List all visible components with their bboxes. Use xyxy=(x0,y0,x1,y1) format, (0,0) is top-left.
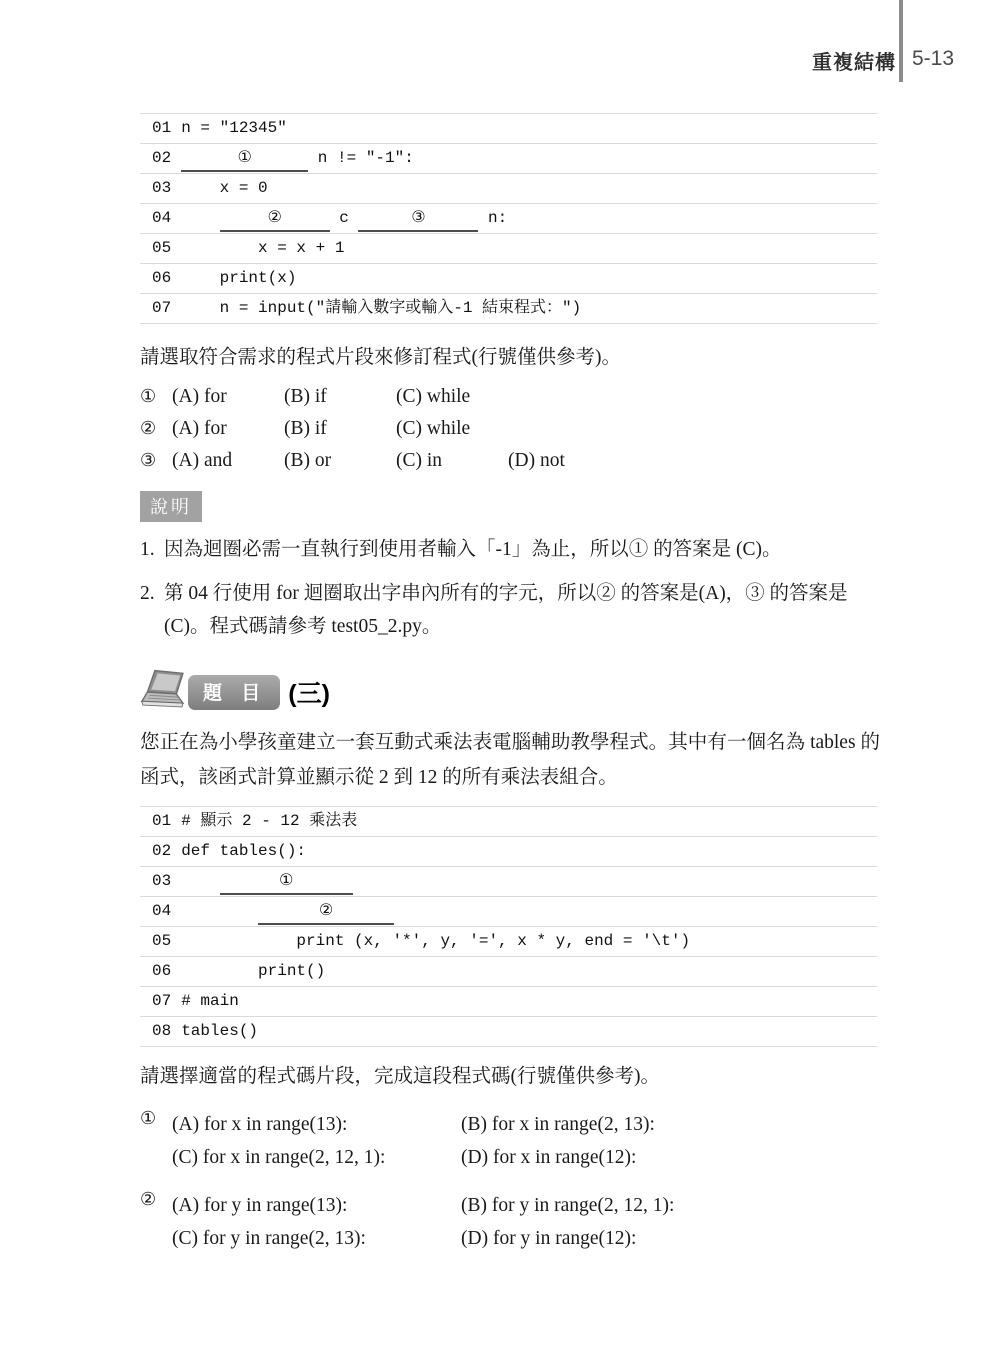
textbook-page: 重複結構 5-13 01n = "12345"02① n != "-1":03 … xyxy=(0,0,1000,1367)
code-text xyxy=(181,867,219,896)
code-text: print(x) xyxy=(181,264,296,293)
code-line: 05 print (x, '*', y, '=', x * y, end = '… xyxy=(140,927,877,957)
section-heading: 題 目 (三) xyxy=(140,668,880,716)
choice-marker: ① xyxy=(140,381,172,413)
line-number: 01 xyxy=(152,807,171,836)
choice-option: (B) if xyxy=(284,381,396,413)
choice-option: (C) for y in range(2, 13): xyxy=(172,1222,461,1255)
prompt-1: 請選取符合需求的程式片段來修訂程式(行號僅供參考)。 xyxy=(140,341,880,374)
choice-row: (A) for x in range(13):(B) for x in rang… xyxy=(172,1108,880,1141)
code-blank: ③ xyxy=(358,206,478,232)
choice-row: (C) for x in range(2, 12, 1):(D) for x i… xyxy=(172,1141,880,1174)
line-number: 07 xyxy=(152,987,171,1016)
choice-option: (B) for y in range(2, 12, 1): xyxy=(461,1195,674,1216)
topic-badge: 題 目 xyxy=(188,675,280,710)
chapter-title: 重複結構 xyxy=(812,46,896,75)
choice-row: ③(A) and(B) or(C) in(D) not xyxy=(140,445,880,477)
explanation-item-text: 因為迴圈必需一直執行到使用者輸入「-1」為止，所以① 的答案是 (C)。 xyxy=(164,533,880,566)
code-line: 06 print(x) xyxy=(140,264,877,294)
code-line: 05 x = x + 1 xyxy=(140,234,877,264)
choice-row: ②(A) for(B) if(C) while xyxy=(140,413,880,445)
code-blank: ② xyxy=(258,899,394,925)
code-line: 04 ② c ③ n: xyxy=(140,204,877,234)
choice-option: (A) for xyxy=(172,413,284,445)
choice-group-rows: (A) for x in range(13):(B) for x in rang… xyxy=(172,1108,880,1174)
code-block-1: 01n = "12345"02① n != "-1":03 x = 004 ② … xyxy=(140,113,877,324)
code-line: 03 x = 0 xyxy=(140,174,877,204)
choice-option: (A) and xyxy=(172,445,284,477)
line-number: 04 xyxy=(152,204,171,233)
code-text: n = input("請輸入數字或輸入-1 結束程式：") xyxy=(181,294,581,323)
choice-option: (C) while xyxy=(396,381,508,413)
code-text xyxy=(181,204,219,233)
choice-marker: ① xyxy=(140,1108,172,1174)
intro-paragraph: 您正在為小學孩童建立一套互動式乘法表電腦輔助教學程式。其中有一個名為 table… xyxy=(140,725,880,795)
code-text: n != "-1": xyxy=(308,144,414,173)
prompt-2: 請選擇適當的程式碼片段，完成這段程式碼(行號僅供參考)。 xyxy=(140,1060,880,1093)
code-line: 07 n = input("請輸入數字或輸入-1 結束程式：") xyxy=(140,294,877,324)
choice-option: (B) if xyxy=(284,413,396,445)
code-line: 02① n != "-1": xyxy=(140,144,877,174)
explanation-item-number: 2. xyxy=(140,577,164,643)
code-text: n: xyxy=(478,204,507,233)
explanation-list: 1.因為迴圈必需一直執行到使用者輸入「-1」為止，所以① 的答案是 (C)。2.… xyxy=(140,533,880,643)
code-text: x = x + 1 xyxy=(181,234,344,263)
code-line: 06 print() xyxy=(140,957,877,987)
code-line: 07# main xyxy=(140,987,877,1017)
code-blank: ② xyxy=(220,206,330,232)
code-line: 08tables() xyxy=(140,1017,877,1047)
code-text: x = 0 xyxy=(181,174,267,203)
choice-option: (A) for x in range(13): xyxy=(172,1108,461,1141)
code-text: print (x, '*', y, '=', x * y, end = '\t'… xyxy=(181,927,690,956)
code-blank: ① xyxy=(220,869,353,895)
section-title: (三) xyxy=(288,674,330,710)
explanation-item-number: 1. xyxy=(140,533,164,566)
choice-group-rows: (A) for y in range(13):(B) for y in rang… xyxy=(172,1189,880,1255)
code-block-2: 01# 顯示 2 - 12 乘法表02def tables():03 ①04 ②… xyxy=(140,806,877,1047)
choice-option: (C) in xyxy=(396,445,508,477)
choices-1: ①(A) for(B) if(C) while②(A) for(B) if(C)… xyxy=(140,381,880,477)
choice-option: (D) for x in range(12): xyxy=(461,1147,636,1168)
code-text: c xyxy=(330,204,359,233)
code-line: 01n = "12345" xyxy=(140,114,877,144)
code-text: # 顯示 2 - 12 乘法表 xyxy=(181,807,357,836)
choice-group: ②(A) for y in range(13):(B) for y in ran… xyxy=(140,1189,880,1255)
code-text: # main xyxy=(181,987,239,1016)
choice-row: ①(A) for(B) if(C) while xyxy=(140,381,880,413)
choice-option: (D) not xyxy=(508,445,620,477)
explanation-item: 2.第 04 行使用 for 迴圈取出字串內所有的字元，所以② 的答案是(A)，… xyxy=(140,577,880,643)
code-line: 02def tables(): xyxy=(140,837,877,867)
code-text: print() xyxy=(181,957,325,986)
code-line: 04 ② xyxy=(140,897,877,927)
choice-row: (C) for y in range(2, 13):(D) for y in r… xyxy=(172,1222,880,1255)
code-line: 03 ① xyxy=(140,867,877,897)
line-number: 02 xyxy=(152,837,171,866)
choice-marker: ③ xyxy=(140,445,172,477)
code-text: def tables(): xyxy=(181,837,306,866)
line-number: 05 xyxy=(152,234,171,263)
code-text: tables() xyxy=(181,1017,258,1046)
line-number: 03 xyxy=(152,174,171,203)
choice-option: (B) for x in range(2, 13): xyxy=(461,1114,655,1135)
choice-option: (B) or xyxy=(284,445,396,477)
explanation-item-text: 第 04 行使用 for 迴圈取出字串內所有的字元，所以② 的答案是(A)，③ … xyxy=(164,577,880,643)
line-number: 04 xyxy=(152,897,171,926)
page-content: 01n = "12345"02① n != "-1":03 x = 004 ② … xyxy=(0,0,1000,1255)
line-number: 08 xyxy=(152,1017,171,1046)
choice-option: (A) for y in range(13): xyxy=(172,1189,461,1222)
choice-marker: ② xyxy=(140,413,172,445)
choice-option: (D) for y in range(12): xyxy=(461,1228,636,1249)
choice-group: ①(A) for x in range(13):(B) for x in ran… xyxy=(140,1108,880,1174)
line-number: 03 xyxy=(152,867,171,896)
explanation-item: 1.因為迴圈必需一直執行到使用者輸入「-1」為止，所以① 的答案是 (C)。 xyxy=(140,533,880,566)
choice-option: (C) for x in range(2, 12, 1): xyxy=(172,1141,461,1174)
line-number: 02 xyxy=(152,144,171,173)
code-text: n = "12345" xyxy=(181,114,287,143)
line-number: 06 xyxy=(152,264,171,293)
choice-row: (A) for y in range(13):(B) for y in rang… xyxy=(172,1189,880,1222)
page-number: 5-13 xyxy=(912,47,954,71)
code-blank: ① xyxy=(181,146,308,172)
header-divider xyxy=(899,0,903,82)
line-number: 05 xyxy=(152,927,171,956)
choice-marker: ② xyxy=(140,1189,172,1255)
line-number: 01 xyxy=(152,114,171,143)
laptop-icon xyxy=(140,669,196,715)
line-number: 07 xyxy=(152,294,171,323)
explanation-badge: 說明 xyxy=(140,491,202,522)
choice-option: (A) for xyxy=(172,381,284,413)
choice-option: (C) while xyxy=(396,413,508,445)
code-line: 01# 顯示 2 - 12 乘法表 xyxy=(140,807,877,837)
code-text xyxy=(181,897,258,926)
choices-2: ①(A) for x in range(13):(B) for x in ran… xyxy=(140,1108,880,1255)
line-number: 06 xyxy=(152,957,171,986)
